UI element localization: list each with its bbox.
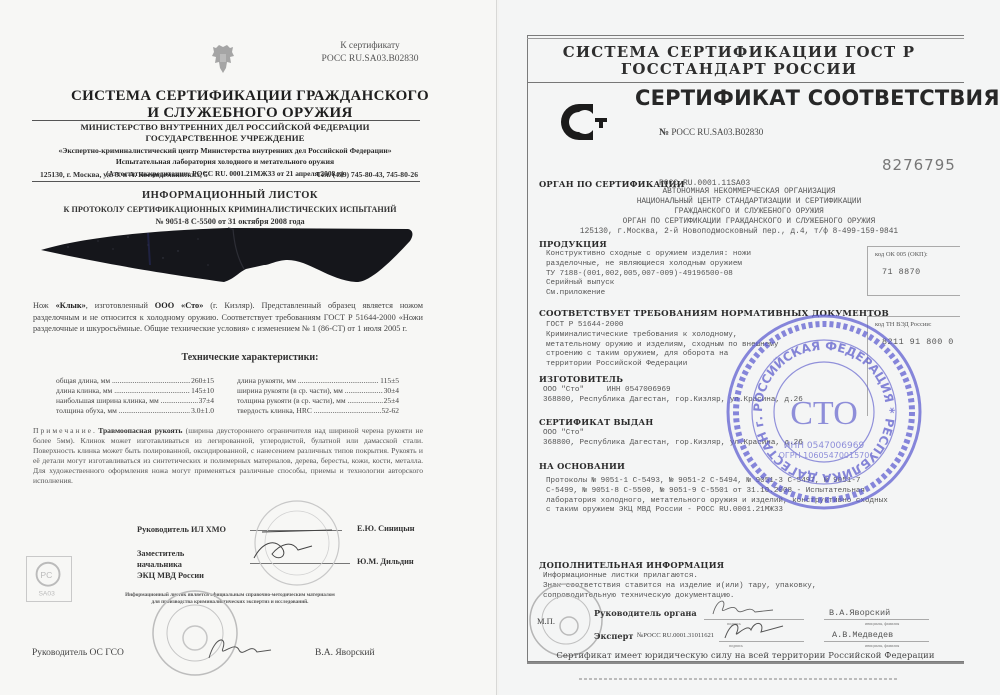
- address: 125130, г. Москва, ул. З. и А. Космодемь…: [40, 170, 208, 179]
- spec-row: толщина рукояти (в ср. части), мм25±4: [237, 396, 399, 406]
- product-line: См.приложение: [546, 289, 751, 299]
- spec-label: толщина рукояти (в ср. части), мм: [237, 396, 383, 406]
- spec-label: длина рукояти, мм: [237, 376, 379, 386]
- conformity-line: территории Российской Федерации: [546, 360, 778, 370]
- expert-name: А.В.Медведев: [832, 630, 893, 640]
- org-line: НАЦИОНАЛЬНЫЙ ЦЕНТР СТАНДАРТИЗАЦИИ И СЕРТ…: [544, 198, 954, 208]
- address-row: 125130, г. Москва, ул. З. и А. Космодемь…: [40, 170, 418, 179]
- divider: [527, 82, 964, 83]
- section-heading-product: ПРОДУКЦИЯ: [539, 239, 607, 249]
- tnved-code: 8211 91 800 0: [868, 328, 960, 347]
- issued-to-details: ООО "Сто"368800, Республика Дагестан, го…: [543, 429, 803, 449]
- additional-line: сопроводительную техническую документаци…: [543, 592, 816, 602]
- spec-row: длина клинка, мм145±10: [56, 386, 214, 396]
- certification-body-code: РОСС RU.0001.11SA03: [659, 179, 750, 188]
- section-heading-issued-to: СЕРТИФИКАТ ВЫДАН: [539, 417, 653, 427]
- okp-label: код ОК 005 (ОКП):: [868, 247, 960, 258]
- knife-description: Нож «Клык», изготовленный ООО «Сто» (г. …: [33, 300, 423, 335]
- product-line: Конструктивно сходные с оружием изделия:…: [546, 250, 751, 260]
- official-seal-stamp: [252, 498, 342, 588]
- signature-scribble: [252, 518, 352, 568]
- product-line: разделочные, не являющиеся холодным оруж…: [546, 260, 751, 270]
- note-bold: Травмоопасная рукоять: [98, 426, 182, 435]
- manufacturer-details: ООО "Сто" ИНН 0547006969368800, Республи…: [543, 386, 803, 406]
- certificate-number-value: РОСС RU.SA03.B02830: [671, 127, 763, 137]
- knife-name: «Клык»: [56, 301, 86, 310]
- spec-row: толщина обуха, мм3.0±1.0: [56, 406, 214, 416]
- spec-value: 3.0±1.0: [190, 406, 214, 416]
- signature-line: [250, 530, 342, 531]
- desc-prefix: Нож: [33, 301, 56, 310]
- product-details: Конструктивно сходные с оружием изделия:…: [546, 250, 751, 299]
- tnved-label: код ТН ВЭД России:: [868, 317, 960, 328]
- role-line: ЭКЦ МВД России: [137, 570, 204, 581]
- stamp-place-mark: М.П.: [537, 616, 555, 626]
- info-sheet-footnote: Информационный листок является официальн…: [90, 592, 370, 606]
- head-role: Руководитель органа: [594, 608, 697, 618]
- okp-code: 71 8870: [868, 258, 960, 277]
- legal-validity-note: Сертификат имеет юридическую силу на все…: [527, 650, 964, 660]
- org-line: АВТОНОМНАЯ НЕКОММЕРЧЕСКАЯ ОРГАНИЗАЦИЯ: [544, 188, 954, 198]
- info-sheet-title: ИНФОРМАЦИОННЫЙ ЛИСТОК: [40, 190, 420, 201]
- tech-specs-title: Технические характеристики:: [60, 352, 440, 363]
- os-head-name: В.А. Яворский: [315, 648, 375, 658]
- signature-line: [704, 619, 804, 620]
- ministry-line: «Экспертно-криминалистический центр Мини…: [20, 145, 430, 156]
- gost-system-line1: СИСТЕМА СЕРТИФИКАЦИИ ГОСТ Р: [539, 44, 939, 61]
- spec-value: 30±4: [383, 386, 399, 396]
- spec-label: твердость клинка, HRC: [237, 406, 381, 416]
- signature-line: [719, 641, 804, 642]
- number-sign: №: [659, 127, 669, 138]
- rst-logo-icon: P: [559, 102, 611, 142]
- ministry-line: Испытательная лаборатория холодного и ме…: [20, 156, 430, 167]
- basis-line: с таким оружием ЭКЦ МВД России - РОСС RU…: [546, 506, 888, 516]
- spec-label: наибольшая ширина клинка, мм: [56, 396, 198, 406]
- to-certificate-label: К сертификату: [300, 40, 440, 53]
- subtitle-line: К ПРОТОКОЛУ СЕРТИФИКАЦИОННЫХ КРИМИНАЛИСТ…: [20, 204, 440, 216]
- knife-image: [38, 225, 413, 300]
- spec-row: длина рукояти, мм115±5: [237, 376, 399, 386]
- spec-value: 25±4: [383, 396, 399, 406]
- name-line: [824, 619, 929, 620]
- additional-info-details: Информационные листки прилагаются.Знак с…: [543, 572, 816, 601]
- system-title: СИСТЕМА СЕРТИФИКАЦИИ ГРАЖДАНСКОГО И СЛУЖ…: [60, 88, 440, 122]
- note-prefix: Примечание: [33, 426, 93, 435]
- certification-body-details: АВТОНОМНАЯ НЕКОММЕРЧЕСКАЯ ОРГАНИЗАЦИЯ НА…: [544, 188, 954, 238]
- os-head-role: Руководитель ОС ГСО: [32, 648, 124, 658]
- to-certificate-number: РОСС RU.SA03.B02830: [300, 53, 440, 66]
- phone: Тел. (499) 745-80-43, 745-80-26: [316, 170, 418, 179]
- russian-coat-of-arms-icon: [210, 43, 236, 75]
- specs-right-column: длина рукояти, мм115±5ширина рукояти (в …: [237, 376, 399, 416]
- conformity-line: строению с таким оружием, для оборота на: [546, 350, 778, 360]
- footnote-line: для производства криминалистических эксп…: [90, 599, 370, 606]
- org-line: ГРАЖДАНСКОГО И СЛУЖЕБНОГО ОРУЖИЯ: [544, 208, 954, 218]
- name-caption: инициалы, фамилия: [865, 621, 899, 626]
- spec-value: 115±5: [379, 376, 399, 386]
- issued-to-line: 368800, Республика Дагестан, гор.Кизляр,…: [543, 439, 803, 449]
- spec-row: твердость клинка, HRC52-62: [237, 406, 399, 416]
- signatory-role: Руководитель ИЛ ХМО: [137, 524, 226, 535]
- product-line: Серийный выпуск: [546, 279, 751, 289]
- signature-caption: подпись: [727, 621, 741, 626]
- signature-line: [250, 563, 350, 564]
- system-title-line1: СИСТЕМА СЕРТИФИКАЦИИ ГРАЖДАНСКОГО: [60, 88, 440, 105]
- conformity-line: метательному оружию и изделиям, сходным …: [546, 341, 778, 351]
- divider: [32, 181, 420, 182]
- divider: [32, 120, 420, 121]
- pct-mark-icon: PC SA03: [27, 557, 71, 601]
- section-heading-manufacturer: ИЗГОТОВИТЕЛЬ: [539, 374, 623, 384]
- svg-text:SA03: SA03: [38, 590, 55, 597]
- section-heading-additional-info: ДОПОЛНИТЕЛЬНАЯ ИНФОРМАЦИЯ: [539, 560, 724, 570]
- role-line: Заместитель: [137, 548, 204, 559]
- org-line: ОРГАН ПО СЕРТИФИКАЦИИ ГРАЖДАНСКОГО И СЛУ…: [544, 218, 954, 228]
- okp-code-box: код ОК 005 (ОКП): 71 8870: [867, 246, 960, 296]
- additional-line: Информационные листки прилагаются.: [543, 572, 816, 582]
- manufacturer-name: ООО «Сто»: [155, 301, 204, 310]
- conformity-details: ГОСТ Р 51644-2000Криминалистические треб…: [546, 321, 778, 370]
- product-line: ТУ 7188-(001,002,005,007-009)-49196500-0…: [546, 270, 751, 280]
- frame-inner-line: [527, 38, 964, 39]
- desc-made-by: , изготовленный: [86, 301, 155, 310]
- note-paragraph: Примечание. Травмоопасная рукоять (ширин…: [33, 426, 423, 487]
- section-heading-basis: НА ОСНОВАНИИ: [539, 461, 625, 471]
- section-heading-conformity: СООТВЕТСТВУЕТ ТРЕБОВАНИЯМ НОРМАТИВНЫХ ДО…: [539, 309, 889, 319]
- svg-text:P: P: [570, 115, 579, 130]
- manufacturer-line: ООО "Сто" ИНН 0547006969: [543, 386, 803, 396]
- spec-value: 37±4: [198, 396, 214, 406]
- footer-line: [527, 662, 964, 664]
- issued-to-line: ООО "Сто": [543, 429, 803, 439]
- manufacturer-line: 368800, Республика Дагестан, гор.Кизляр,…: [543, 396, 803, 406]
- additional-line: Знак соответствия ставится на изделие и(…: [543, 582, 816, 592]
- spec-value: 145±10: [190, 386, 214, 396]
- conformity-line: ГОСТ Р 51644-2000: [546, 321, 778, 331]
- spec-value: 52-62: [381, 406, 400, 416]
- svg-text:PC: PC: [40, 570, 52, 580]
- gost-system-line2: ГОССТАНДАРТ РОССИИ: [539, 61, 939, 78]
- basis-line: Протоколы № 9051-1 С-5493, № 9051-2 С-54…: [546, 477, 888, 487]
- name-caption: инициалы, фамилия: [865, 643, 899, 648]
- head-name: В.А.Яворский: [829, 608, 890, 618]
- expert-role: Эксперт: [594, 631, 633, 641]
- footnote-line: Информационный листок является официальн…: [90, 592, 370, 599]
- info-sheet-document: К сертификату РОСС RU.SA03.B02830 СИСТЕМ…: [0, 0, 497, 695]
- spec-row: общая длина, мм260±15: [56, 376, 214, 386]
- spec-label: ширина рукояти (в ср. части), мм: [237, 386, 383, 396]
- expert-number: №РОСС RU.0001.31011621: [637, 632, 714, 639]
- spec-row: ширина рукояти (в ср. части), мм30±4: [237, 386, 399, 396]
- serial-number: 8276795: [882, 156, 956, 174]
- spec-label: общая длина, мм: [56, 376, 190, 386]
- basis-line: лаборатория холодного, метательного оруж…: [546, 497, 888, 507]
- footer-fine-print: [579, 678, 899, 680]
- tnved-code-box: код ТН ВЭД России: 8211 91 800 0: [867, 316, 960, 416]
- spec-row: наибольшая ширина клинка, мм37±4: [56, 396, 214, 406]
- to-certificate-ref: К сертификату РОСС RU.SA03.B02830: [300, 40, 440, 66]
- conformity-certificate-document: СИСТЕМА СЕРТИФИКАЦИИ ГОСТ Р ГОССТАНДАРТ …: [499, 0, 1000, 695]
- spec-label: длина клинка, мм: [56, 386, 190, 396]
- name-line: [824, 641, 929, 642]
- conformity-line: Криминалистические требования к холодном…: [546, 331, 778, 341]
- signatory-name: Е.Ю. Синицын: [357, 524, 414, 533]
- certificate-title: СЕРТИФИКАТ СООТВЕТСТВИЯ: [635, 86, 1000, 110]
- signature-scribble: [205, 630, 285, 665]
- spec-value: 260±15: [190, 376, 214, 386]
- ministry-line: МИНИСТЕРСТВО ВНУТРЕННИХ ДЕЛ РОССИЙСКОЙ Ф…: [20, 122, 430, 133]
- ministry-line: ГОСУДАРСТВЕННОЕ УЧРЕЖДЕНИЕ: [20, 133, 430, 144]
- org-line: 125130, г.Москва, 2-й Новоподмосковный п…: [524, 228, 954, 238]
- spec-label: толщина обуха, мм: [56, 406, 190, 416]
- specs-left-column: общая длина, мм260±15длина клинка, мм145…: [56, 376, 214, 416]
- certificate-number: № РОСС RU.SA03.B02830: [659, 127, 763, 138]
- signatory-name: Ю.М. Дильдин: [357, 557, 414, 566]
- role-line: начальника: [137, 559, 204, 570]
- basis-line: С-5499, № 9051-8 С-5500, № 9051-9 С-5501…: [546, 487, 888, 497]
- basis-details: Протоколы № 9051-1 С-5493, № 9051-2 С-54…: [546, 477, 888, 516]
- signature-caption: подпись: [729, 643, 743, 648]
- info-sheet-subtitle: К ПРОТОКОЛУ СЕРТИФИКАЦИОННЫХ КРИМИНАЛИСТ…: [20, 204, 440, 227]
- gost-system-title: СИСТЕМА СЕРТИФИКАЦИИ ГОСТ Р ГОССТАНДАРТ …: [539, 44, 939, 78]
- pct-mark-box: PC SA03: [26, 556, 72, 602]
- signatory-role: Заместитель начальника ЭКЦ МВД России: [137, 548, 204, 581]
